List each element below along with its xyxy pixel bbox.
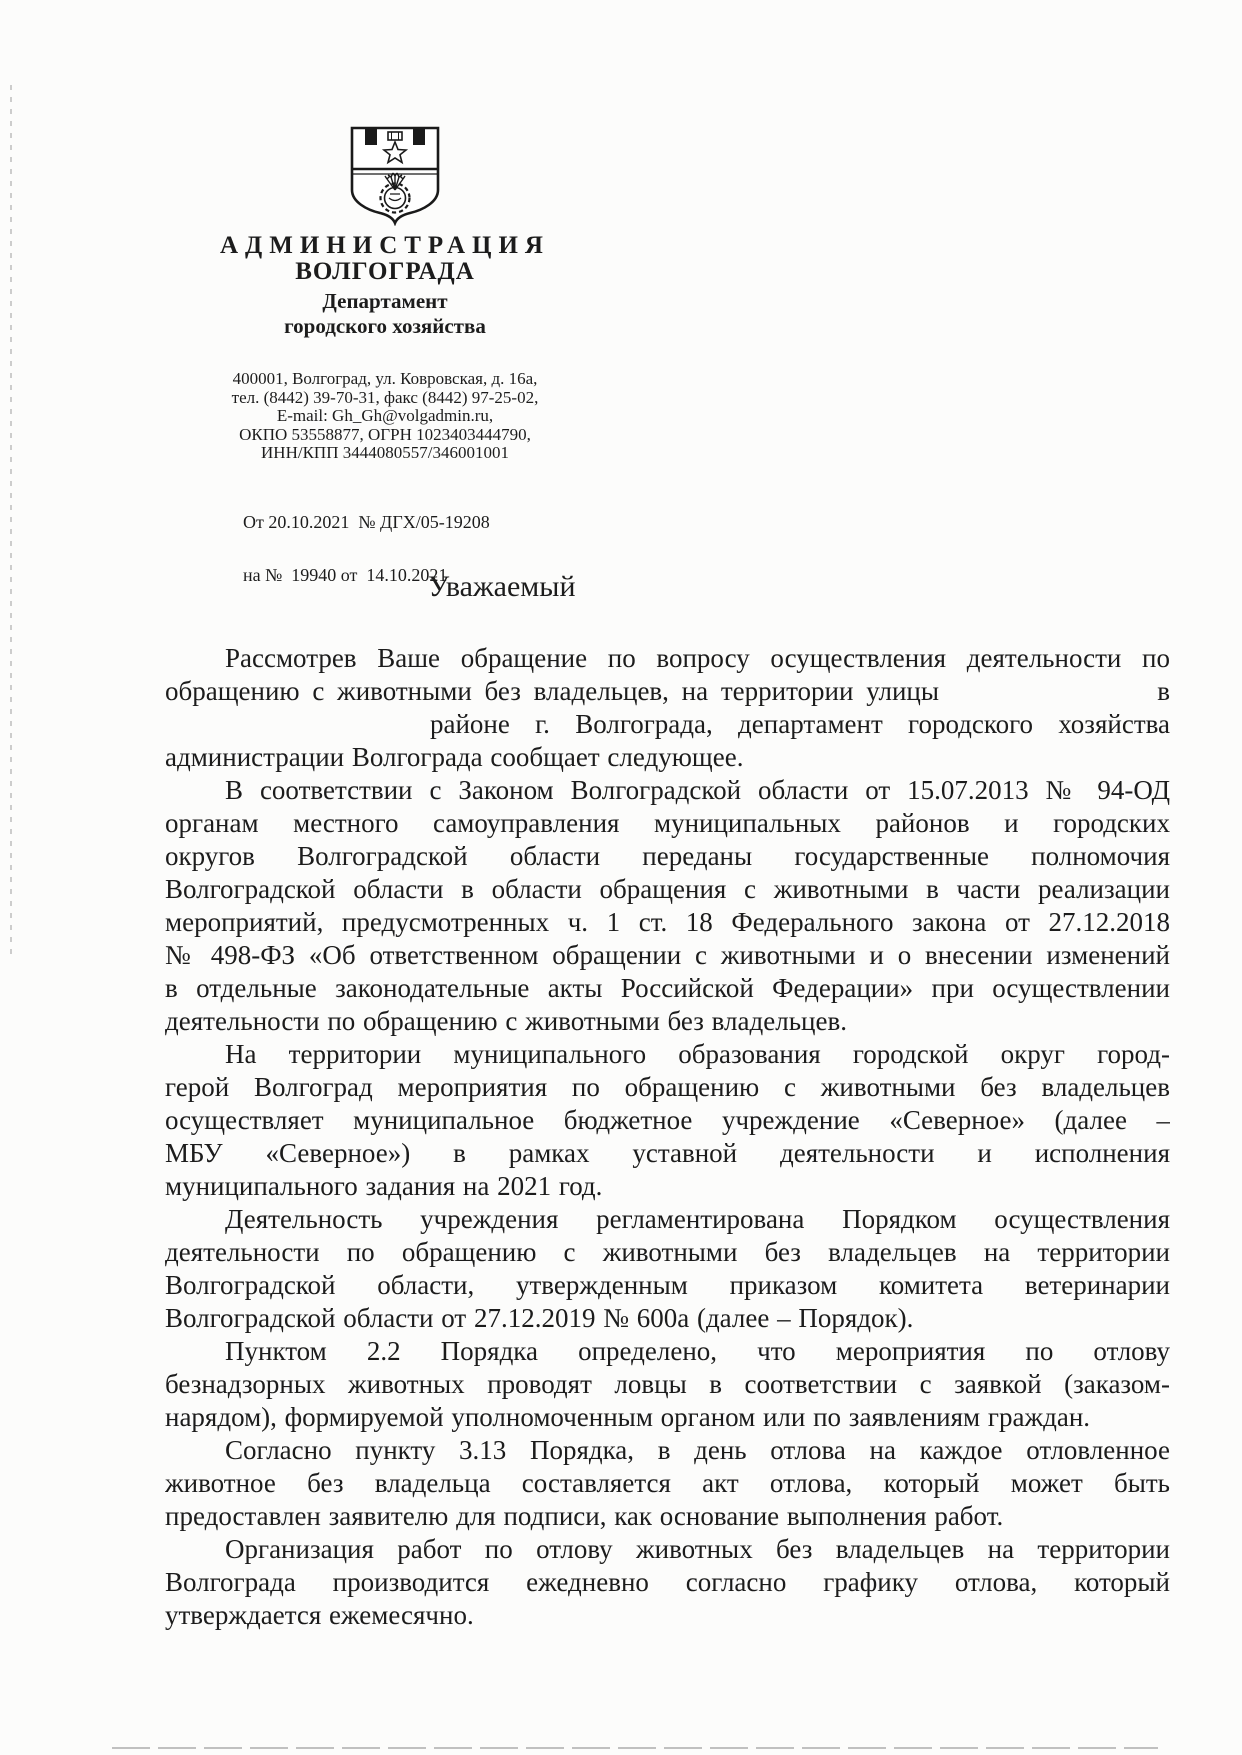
- body-line-segment: обращению с животными без владельцев, на…: [165, 675, 939, 708]
- body-line: животное без владельца составляется акт …: [165, 1467, 1170, 1500]
- body-line: № 498-ФЗ «Об ответственном обращении с ж…: [165, 939, 1170, 972]
- body-line: Пунктом 2.2 Порядка определено, что меро…: [165, 1335, 1170, 1368]
- org-department-line2: городского хозяйства: [165, 314, 605, 338]
- address-line: E-mail: Gh_Gh@volgadmin.ru,: [165, 407, 605, 426]
- address-block: 400001, Волгоград, ул. Ковровская, д. 16…: [165, 370, 605, 463]
- org-department-line1: Департамент: [165, 289, 605, 314]
- body-line: Волгограда производится ежедневно соглас…: [165, 1566, 1170, 1599]
- paragraph-1: Рассмотрев Ваше обращение по вопросу осу…: [165, 642, 1170, 774]
- body-line: деятельности по обращению с животными бе…: [165, 1236, 1170, 1269]
- salutation: Уважаемый: [428, 570, 576, 604]
- scanned-letter-page: АДМИНИСТРАЦИЯ ВОЛГОГРАДА Департамент гор…: [0, 0, 1242, 1755]
- body-line: утверждается ежемесячно.: [165, 1599, 1170, 1632]
- volgograd-coat-of-arms-icon: [348, 124, 442, 231]
- address-line: ОКПО 53558877, ОГРН 1023403444790,: [165, 426, 605, 445]
- body-line: На территории муниципального образования…: [165, 1038, 1170, 1071]
- body-line: нарядом), формируемой уполномоченным орг…: [165, 1401, 1170, 1434]
- body-line: Рассмотрев Ваше обращение по вопросу осу…: [165, 642, 1170, 675]
- scan-artifact-bottom-line: [112, 1747, 1158, 1749]
- body-line: Волгоградской области от 27.12.2019 № 60…: [165, 1302, 1170, 1335]
- body-line: безнадзорных животных проводят ловцы в с…: [165, 1368, 1170, 1401]
- paragraph-6: Согласно пункту 3.13 Порядка, в день отл…: [165, 1434, 1170, 1533]
- body-line-segment: в: [1157, 675, 1170, 708]
- reference-outgoing: От 20.10.2021 № ДГХ/05-19208: [243, 514, 490, 532]
- body-line-with-redaction-gap: обращению с животными без владельцев, на…: [165, 675, 1170, 708]
- org-name-line2: ВОЛГОГРАДА: [165, 259, 605, 285]
- address-line: ИНН/КПП 3444080557/346001001: [165, 444, 605, 463]
- paragraph-5: Пунктом 2.2 Порядка определено, что меро…: [165, 1335, 1170, 1434]
- body-line: Волгоградской области, утвержденным прик…: [165, 1269, 1170, 1302]
- body-line: предоставлен заявителю для подписи, как …: [165, 1500, 1170, 1533]
- body-line: округов Волгоградской области переданы г…: [165, 840, 1170, 873]
- body-line: В соответствии с Законом Волгоградской о…: [165, 774, 1170, 807]
- body-line: Организация работ по отлову животных без…: [165, 1533, 1170, 1566]
- body-line: деятельности по обращению с животными бе…: [165, 1005, 1170, 1038]
- body-line: осуществляет муниципальное бюджетное учр…: [165, 1104, 1170, 1137]
- body-line: Волгоградской области в области обращени…: [165, 873, 1170, 906]
- paragraph-4: Деятельность учреждения регламентирована…: [165, 1203, 1170, 1335]
- letter-body: Рассмотрев Ваше обращение по вопросу осу…: [165, 642, 1170, 1632]
- body-line: МБУ «Северное») в рамках уставной деятел…: [165, 1137, 1170, 1170]
- org-name-line1: АДМИНИСТРАЦИЯ: [165, 232, 605, 259]
- body-line-with-redaction-gap: районе г. Волгограда, департамент городс…: [165, 708, 1170, 741]
- body-line: Согласно пункту 3.13 Порядка, в день отл…: [165, 1434, 1170, 1467]
- paragraph-3: На территории муниципального образования…: [165, 1038, 1170, 1203]
- body-line: герой Волгоград мероприятия по обращению…: [165, 1071, 1170, 1104]
- address-line: 400001, Волгоград, ул. Ковровская, д. 16…: [165, 370, 605, 389]
- body-line: в отдельные законодательные акты Российс…: [165, 972, 1170, 1005]
- scan-artifact-left-edge: [10, 85, 12, 955]
- address-line: тел. (8442) 39-70-31, факс (8442) 97-25-…: [165, 389, 605, 408]
- letterhead: АДМИНИСТРАЦИЯ ВОЛГОГРАДА Департамент гор…: [165, 232, 605, 463]
- body-line: мероприятий, предусмотренных ч. 1 ст. 18…: [165, 906, 1170, 939]
- body-line: администрации Волгограда сообщает следую…: [165, 741, 1170, 774]
- body-line: Деятельность учреждения регламентирована…: [165, 1203, 1170, 1236]
- body-line: органам местного самоуправления муниципа…: [165, 807, 1170, 840]
- paragraph-2: В соответствии с Законом Волгоградской о…: [165, 774, 1170, 1038]
- body-line: муниципального задания на 2021 год.: [165, 1170, 1170, 1203]
- paragraph-7: Организация работ по отлову животных без…: [165, 1533, 1170, 1632]
